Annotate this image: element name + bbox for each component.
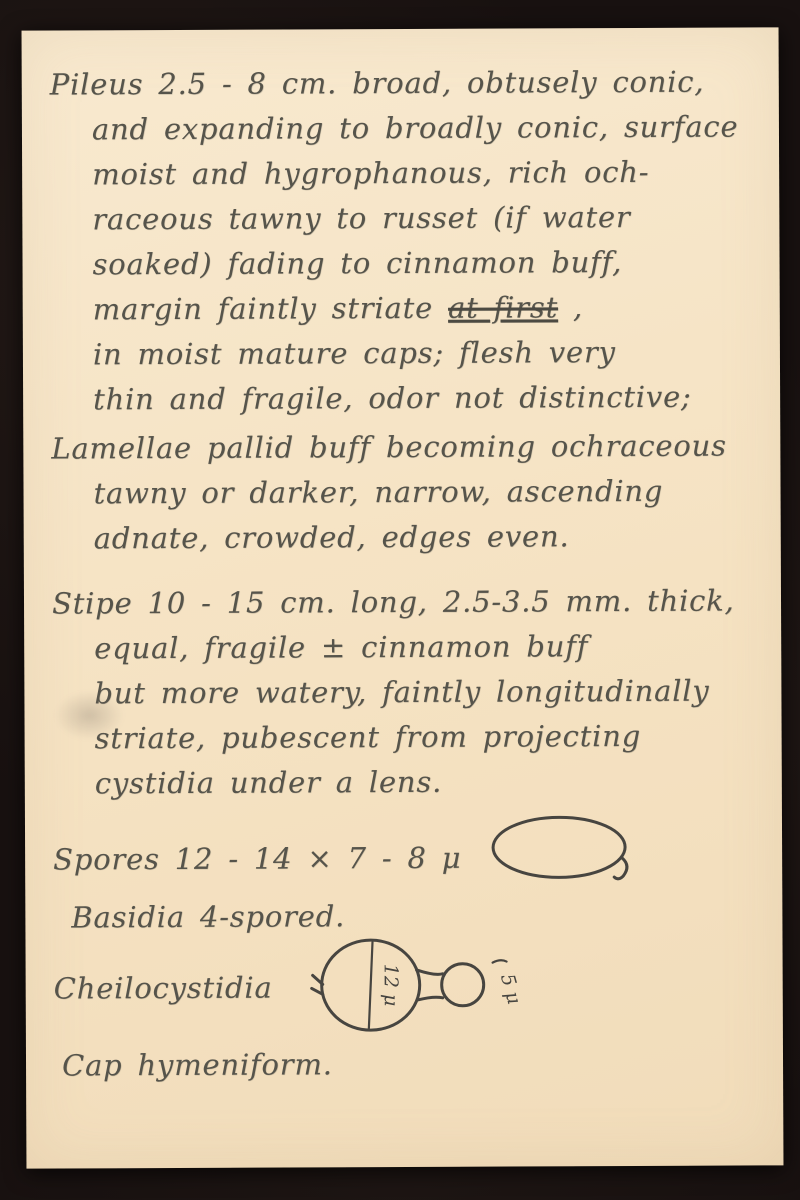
note-text: margin faintly striate <box>93 291 448 327</box>
section-pileus: Pileus 2.5 - 8 cm. broad, obtusely conic… <box>50 59 761 422</box>
cystidium-neck <box>416 970 442 975</box>
cap-row: Cap hymeniform. <box>54 1039 763 1088</box>
section-lamellae: Lamellae pallid buff becoming ochraceous… <box>51 423 761 561</box>
note-line: thin and fragile, odor not distinctive; <box>93 374 760 422</box>
struck-text: at first <box>448 290 558 324</box>
note-line: and expanding to broadly conic, surface <box>92 104 759 152</box>
cystidium-head <box>441 964 483 1006</box>
note-line: Cheilocystidia <box>54 965 273 1011</box>
section-microscopy: Spores 12 - 14 × 7 - 8 μ Basidia 4-spore… <box>53 821 763 1088</box>
note-line: cystidia under a lens. <box>95 758 762 806</box>
section-stipe: Stipe 10 - 15 cm. long, 2.5-3.5 mm. thic… <box>52 578 762 806</box>
note-line: soaked) fading to cinnamon buff, <box>92 239 759 287</box>
note-line: Lamellae pallid buff becoming ochraceous <box>51 423 760 471</box>
note-line: moist and hygrophanous, rich och- <box>92 149 759 197</box>
note-text: , <box>558 290 583 324</box>
note-line: Spores 12 - 14 × 7 - 8 μ <box>53 835 461 882</box>
head-dimension-tick <box>492 960 506 962</box>
note-line: adnate, crowded, edges even. <box>94 513 761 561</box>
note-line: Stipe 10 - 15 cm. long, 2.5-3.5 mm. thic… <box>52 578 761 626</box>
note-line: raceous tawny to russet (if water <box>92 194 759 242</box>
spore-sketch <box>487 810 645 891</box>
body-dimension-label: 12 μ <box>379 964 401 1007</box>
note-line: Pileus 2.5 - 8 cm. broad, obtusely conic… <box>50 59 759 107</box>
photo-backdrop: Pileus 2.5 - 8 cm. broad, obtusely conic… <box>0 0 800 1200</box>
cystidium-sketch: 12 μ 5 μ <box>306 932 521 1037</box>
cheilocystidia-row: Cheilocystidia 12 μ <box>53 937 762 1036</box>
note-line: striate, pubescent from projecting <box>95 713 762 761</box>
spores-row: Spores 12 - 14 × 7 - 8 μ <box>53 821 762 894</box>
note-line: Cap hymeniform. <box>62 1042 333 1088</box>
note-line: but more watery, faintly longitudinally <box>94 668 761 716</box>
dimension-line <box>368 942 372 1028</box>
note-line: in moist mature caps; flesh very <box>93 329 760 377</box>
note-line: equal, fragile ± cinnamon buff <box>94 623 761 671</box>
pencil-smudge <box>54 690 124 740</box>
note-card: Pileus 2.5 - 8 cm. broad, obtusely conic… <box>22 27 784 1168</box>
spore-outline <box>493 817 625 878</box>
note-line: tawny or darker, narrow, ascending <box>93 468 760 516</box>
head-dimension-label: 5 μ <box>496 971 525 1006</box>
note-line: Basidia 4-spored. <box>71 894 345 940</box>
cystidium-neck <box>418 997 443 1000</box>
note-line-with-strikethrough: margin faintly striate at first , <box>93 284 760 332</box>
